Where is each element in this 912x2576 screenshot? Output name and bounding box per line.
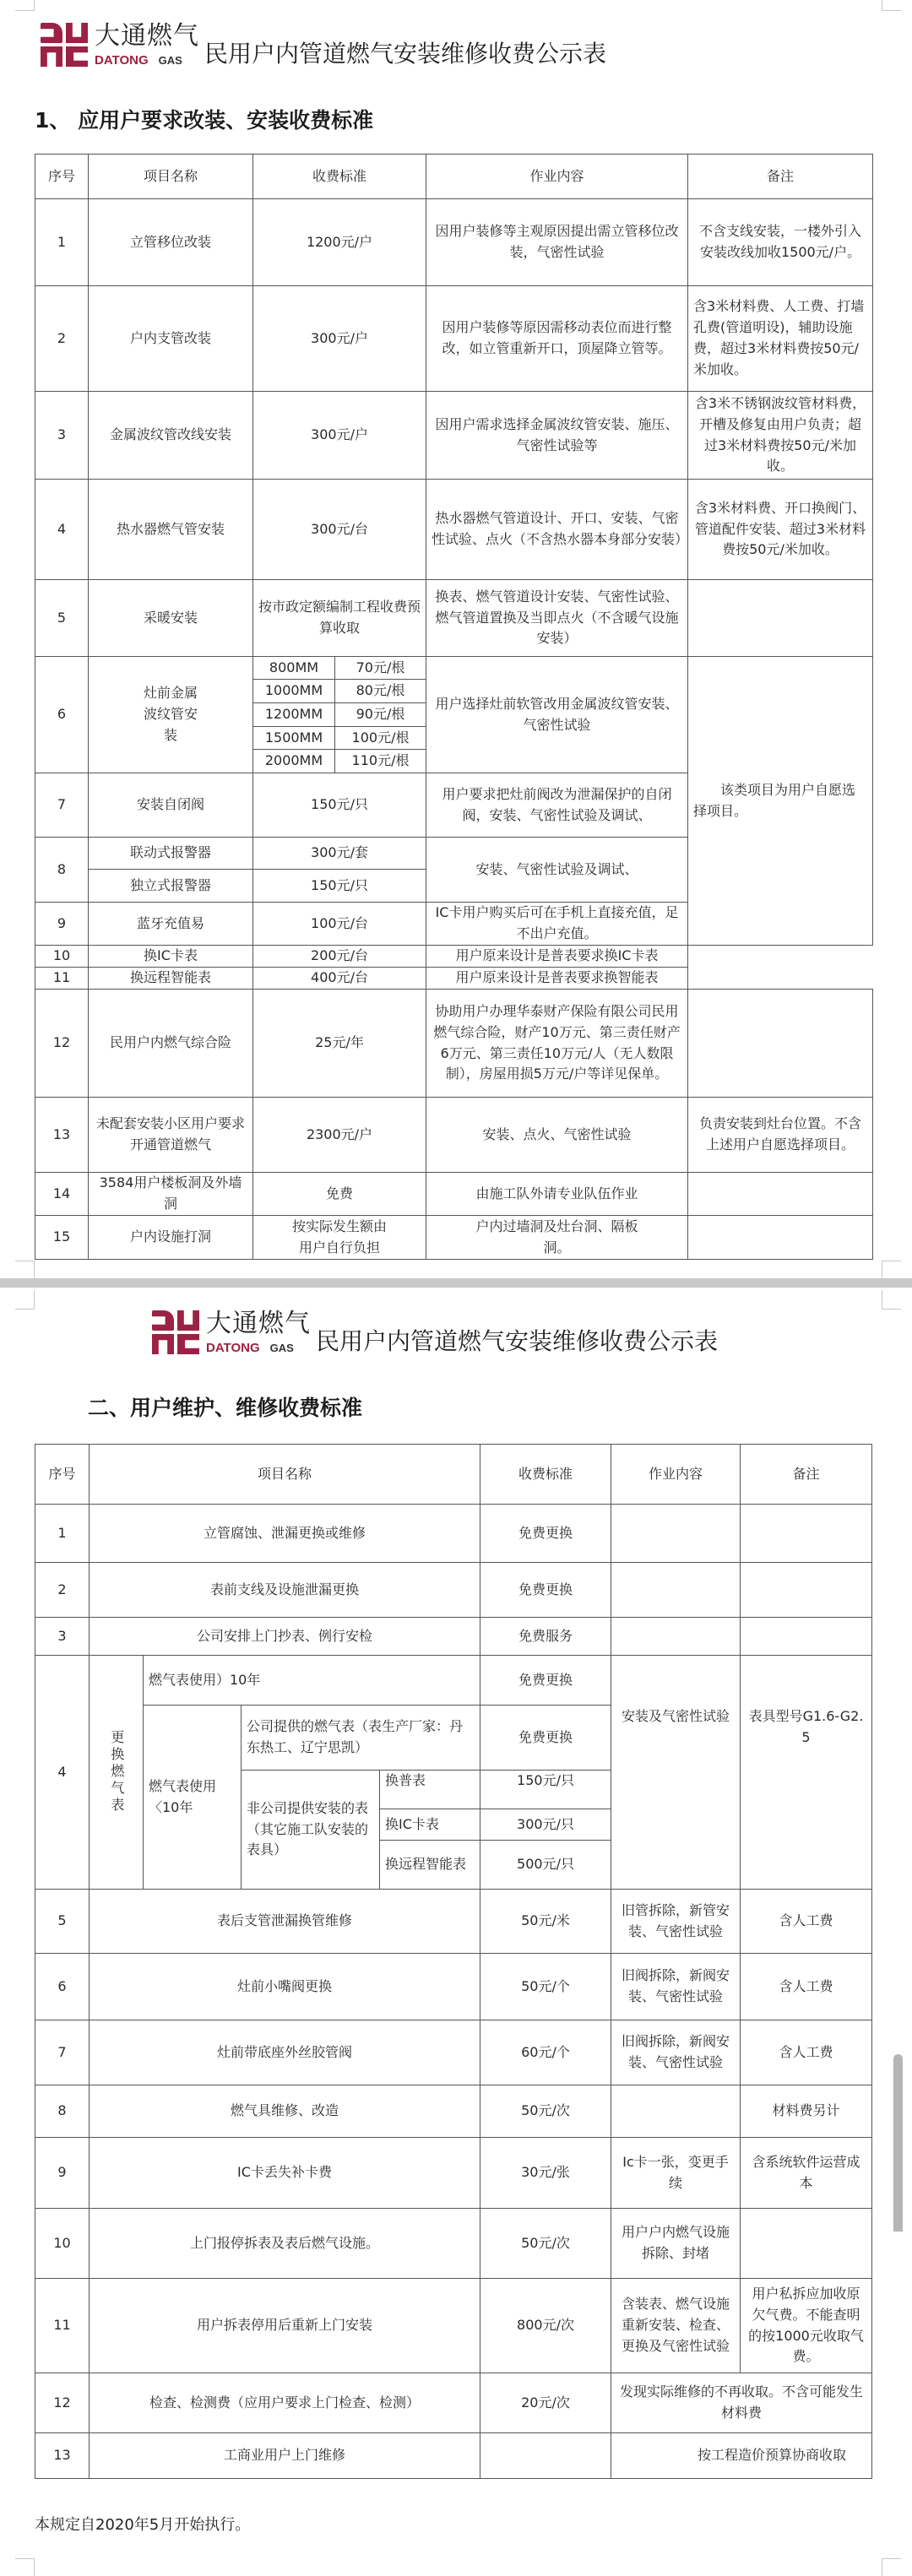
row-group-label: 更换燃气表	[90, 1656, 144, 1890]
table-row: 1 立管腐蚀、泄漏更换或维修 免费更换	[35, 1505, 872, 1563]
row-fee: 免费服务	[480, 1618, 611, 1656]
row-work: 旧管拆除，新管安装、气密性试验	[611, 1890, 741, 1954]
table-row: 1 立管移位改装 1200元/户 因用户装修等主观原因提出需立管移位改装，气密性…	[35, 199, 873, 286]
row-no: 15	[35, 1216, 89, 1260]
company-meter-fee: 免费更换	[480, 1706, 611, 1771]
brand-en: DATONGGAS	[95, 54, 199, 67]
size-price: 100元/根	[335, 727, 426, 750]
row-work: 热水器燃气管道设计、开口、安装、气密性试验、点火（不含热水器本身部分安装）	[426, 480, 688, 580]
brand-en-gas: GAS	[159, 54, 182, 67]
table-row: 4 热水器燃气管安装 300元/台 热水器燃气管道设计、开口、安装、气密性试验、…	[35, 480, 873, 580]
brand-name: 大通燃气 DATONGGAS	[95, 24, 199, 67]
row-work: 安装及气密性试验	[611, 1656, 741, 1890]
table-row: 11 换远程智能表 400元/台 用户原来设计是普表要求换智能表	[35, 968, 873, 990]
row-work: 因用户装修等主观原因提出需立管移位改装，气密性试验	[426, 199, 688, 286]
page-corner-mark	[15, 1290, 35, 1310]
row-fee: 60元/个	[480, 2020, 611, 2085]
row-name: 立管移位改装	[89, 199, 253, 286]
row-name: 换远程智能表	[89, 968, 253, 990]
row-name: 采暖安装	[89, 580, 253, 657]
table-row: 2 户内支管改装 300元/户 因用户装修等原因需移动表位而进行整改，如立管重新…	[35, 286, 873, 392]
brand-name: 大通燃气 DATONGGAS	[206, 1311, 311, 1354]
row-work: 用户户内燃气设施拆除、封堵	[611, 2209, 741, 2279]
document-header: 大通燃气 DATONGGAS 民用户内管道燃气安装维修收费公示表	[41, 23, 606, 67]
header-fee: 收费标准	[480, 1445, 611, 1505]
row-fee: 300元/户	[253, 392, 426, 480]
row-note: 含3米材料费、开口换阀门、管道配件安装、超过3米材料费按50元/米加收。	[688, 480, 873, 580]
row-name: 灶前带底座外丝胶管阀	[90, 2020, 480, 2085]
brand-cn: 大通燃气	[206, 1311, 311, 1337]
header-name: 项目名称	[90, 1445, 480, 1505]
size-price: 90元/根	[335, 703, 426, 727]
table-row: 6 灶前小嘴阀更换 50元/个 旧阀拆除，新阀安装、气密性试验 含人工费	[35, 1954, 872, 2020]
row-no: 5	[35, 1890, 90, 1954]
row-note: 含系统软件运营成本	[741, 2138, 872, 2209]
row-no: 13	[35, 2433, 90, 2479]
row-no: 14	[35, 1173, 89, 1216]
page-corner-mark	[882, 2558, 901, 2576]
row-work: 用户选择灶前软管改用金属波纹管安装、气密性试验	[426, 657, 688, 773]
row-name: 未配套安装小区用户要求开通管道燃气	[89, 1098, 253, 1173]
row-note	[741, 2209, 872, 2279]
row-note: 含3米不锈钢波纹管材料费，开槽及修复由用户负责；超过3米材料费按50元/米加收。	[688, 392, 873, 480]
row-fee: 20元/次	[480, 2373, 611, 2433]
table-row: 11 用户拆表停用后重新上门安装 800元/次 含装表、燃气设施重新安装、检查、…	[35, 2279, 872, 2373]
row-fee: 免费	[253, 1173, 426, 1216]
row-work: 安装、点火、气密性试验	[426, 1098, 688, 1173]
datong-gas-logo-icon	[152, 1310, 199, 1354]
table-row: 13 未配套安装小区用户要求开通管道燃气 2300元/户 安装、点火、气密性试验…	[35, 1098, 873, 1173]
effective-date-note: 本规定自2020年5月开始执行。	[35, 2513, 250, 2535]
size-price: 70元/根	[335, 657, 426, 680]
row-fee: 200元/台	[253, 946, 426, 968]
row-name: 上门报停拆表及表后燃气设施。	[90, 2209, 480, 2279]
row-name: 用户拆表停用后重新上门安装	[90, 2279, 480, 2373]
company-meter-label: 公司提供的燃气表（表生产厂家：丹东热工、辽宁思凯）	[242, 1706, 480, 1771]
row-work: 含装表、燃气设施重新安装、检查、更换及气密性试验	[611, 2279, 741, 2373]
row-note	[688, 1173, 873, 1216]
other-meter-label: 非公司提供安装的表（其它施工队安装的表具）	[242, 1771, 380, 1890]
row-fee: 按市政定额编制工程收费预算收取	[253, 580, 426, 657]
row-work: Ic卡一张，变更手续	[611, 2138, 741, 2209]
row-no: 1	[35, 1505, 90, 1563]
row-work: IC卡用户购买后可在手机上直接充值，足不出户充值。	[426, 903, 688, 946]
meter-over10-fee: 免费更换	[480, 1656, 611, 1706]
row-note: 含人工费	[741, 2020, 872, 2085]
datong-gas-logo-icon	[41, 23, 88, 67]
page-break	[0, 1278, 912, 1288]
brand-cn: 大通燃气	[95, 24, 199, 49]
table-header-row: 序号 项目名称 收费标准 作业内容 备注	[35, 1445, 872, 1505]
row-note-merged: 该类项目为用户自愿选择项目。	[688, 657, 873, 946]
size-label: 1000MM	[253, 680, 335, 703]
row-no: 6	[35, 1954, 90, 2020]
row-name: 3584用户楼板洞及外墙洞	[89, 1173, 253, 1216]
row-no: 6	[35, 657, 89, 773]
row-work: 用户原来设计是普表要求换智能表	[426, 968, 688, 990]
table-row: 10 换IC卡表 200元/台 用户原来设计是普表要求换IC卡表	[35, 946, 873, 968]
document-title: 民用户内管道燃气安装维修收费公示表	[316, 1330, 718, 1354]
page-corner-mark	[15, 1261, 35, 1280]
row-name: 换IC卡表	[89, 946, 253, 968]
row-fee: 1200元/户	[253, 199, 426, 286]
install-fee-table: 序号 项目名称 收费标准 作业内容 备注 1 立管移位改装 1200元/户 因用…	[35, 154, 873, 1260]
row-name: 灶前小嘴阀更换	[90, 1954, 480, 2020]
row-work: 因用户装修等原因需移动表位而进行整改，如立管重新开口，顶屋降立管等。	[426, 286, 688, 392]
size-price: 110元/根	[335, 750, 426, 773]
row-fee: 50元/个	[480, 1954, 611, 2020]
row-note: 表具型号G1.6-G2.5	[741, 1656, 872, 1890]
row-fee: 50元/次	[480, 2085, 611, 2138]
row-work: 旧阀拆除，新阀安装、气密性试验	[611, 1954, 741, 2020]
row-fee: 50元/米	[480, 1890, 611, 1954]
table-row: 5 表后支管泄漏换管维修 50元/米 旧管拆除，新管安装、气密性试验 含人工费	[35, 1890, 872, 1954]
row-name: 表后支管泄漏换管维修	[90, 1890, 480, 1954]
row-no: 1	[35, 199, 89, 286]
row-name: 燃气具维修、改造	[90, 2085, 480, 2138]
row-fee: 免费更换	[480, 1563, 611, 1618]
row-fee	[480, 2433, 611, 2479]
row-note: 不含支线安装，一楼外引入安装改线加收1500元/户。	[688, 199, 873, 286]
brand-en-gas: GAS	[270, 1342, 294, 1354]
row-fee: 300元/台	[253, 480, 426, 580]
row-name: 检查、检测费（应用户要求上门检查、检测）	[90, 2373, 480, 2433]
row-no: 2	[35, 286, 89, 392]
size-price: 80元/根	[335, 680, 426, 703]
row-name: 立管腐蚀、泄漏更换或维修	[90, 1505, 480, 1563]
table-header-row: 序号 项目名称 收费标准 作业内容 备注	[35, 155, 873, 199]
row-work	[611, 1505, 741, 1563]
header-name: 项目名称	[89, 155, 253, 199]
header-work: 作业内容	[426, 155, 688, 199]
brand-en: DATONGGAS	[206, 1342, 311, 1354]
size-label: 1200MM	[253, 703, 335, 727]
row-note: 负责安装到灶台位置。不含上述用户自愿选择项目。	[688, 1098, 873, 1173]
row-work: 因用户需求选择金属波纹管安装、施压、气密性试验等	[426, 392, 688, 480]
row-note	[741, 1563, 872, 1618]
brand-en-datong: DATONG	[95, 53, 149, 68]
size-label: 1500MM	[253, 727, 335, 750]
row-note	[688, 990, 873, 1098]
page-corner-mark	[882, 1261, 901, 1280]
header-fee: 收费标准	[253, 155, 426, 199]
row-no: 3	[35, 392, 89, 480]
row-name: IC卡丢失补卡费	[90, 2138, 480, 2209]
row-name: 独立式报警器	[89, 870, 253, 903]
row-work: 用户原来设计是普表要求换IC卡表	[426, 946, 688, 968]
row-no: 5	[35, 580, 89, 657]
row-fee: 800元/次	[480, 2279, 611, 2373]
row-name: 工商业用户上门维修	[90, 2433, 480, 2479]
row-note: 含人工费	[741, 1954, 872, 2020]
row-no: 7	[35, 773, 89, 838]
maintenance-fee-table: 序号 项目名称 收费标准 作业内容 备注 1 立管腐蚀、泄漏更换或维修 免费更换…	[35, 1444, 872, 2479]
row-name: 户内支管改装	[89, 286, 253, 392]
row-no: 10	[35, 946, 89, 968]
table-row: 12 民用户内燃气综合险 25元/年 协助用户办理华泰财产保险有限公司民用燃气综…	[35, 990, 873, 1098]
row-name: 民用户内燃气综合险	[89, 990, 253, 1098]
row-no: 8	[35, 838, 89, 903]
row-fee: 300元/户	[253, 286, 426, 392]
row-name: 灶前金属波纹管安装	[89, 657, 253, 773]
meter-type-fee: 150元/只	[480, 1771, 611, 1809]
row-note: 材料费另计	[741, 2085, 872, 2138]
table-row: 6 灶前金属波纹管安装 800MM 70元/根 用户选择灶前软管改用金属波纹管安…	[35, 657, 873, 680]
header-work: 作业内容	[611, 1445, 741, 1505]
page-corner-mark	[15, 2558, 35, 2576]
row-work: 由施工队外请专业队伍作业	[426, 1173, 688, 1216]
row-fee: 30元/张	[480, 2138, 611, 2209]
row-fee: 300元/套	[253, 838, 426, 870]
row-note: 含3米材料费、人工费、打墙孔费(管道明设)，辅助设施费，超过3米材料费按50元/…	[688, 286, 873, 392]
row-fee: 150元/只	[253, 773, 426, 838]
row-work-note: 发现实际维修的不再收取。不含可能发生材料费	[611, 2373, 872, 2433]
row-no: 10	[35, 2209, 90, 2279]
table-row: 5 采暖安装 按市政定额编制工程收费预算收取 换表、燃气管道设计安装、气密性试验…	[35, 580, 873, 657]
meter-type-label: 换普表	[380, 1771, 480, 1809]
size-label: 2000MM	[253, 750, 335, 773]
row-name: 蓝牙充值易	[89, 903, 253, 946]
row-no: 11	[35, 968, 89, 990]
section1-title: 1、 应用户要求改装、安装收费标准	[35, 104, 373, 134]
row-note: 含人工费	[741, 1890, 872, 1954]
table-row: 3 公司安排上门抄表、例行安检 免费服务	[35, 1618, 872, 1656]
row-name: 公司安排上门抄表、例行安检	[90, 1618, 480, 1656]
meter-type-fee: 500元/只	[480, 1841, 611, 1890]
row-no: 4	[35, 1656, 90, 1890]
row-name: 安装自闭阀	[89, 773, 253, 838]
header-note: 备注	[741, 1445, 872, 1505]
section2-title: 二、用户维护、维修收费标准	[88, 1391, 362, 1422]
row-fee: 25元/年	[253, 990, 426, 1098]
row-fee: 150元/只	[253, 870, 426, 903]
row-no: 7	[35, 2020, 90, 2085]
document-header-page2: 大通燃气 DATONGGAS 民用户内管道燃气安装维修收费公示表	[152, 1310, 718, 1354]
table-row: 13 工商业用户上门维修 按工程造价预算协商收取	[35, 2433, 872, 2479]
table-row: 4 更换燃气表 燃气表使用）10年 免费更换 安装及气密性试验 表具型号G1.6…	[35, 1656, 872, 1706]
table-row: 7 灶前带底座外丝胶管阀 60元/个 旧阀拆除，新阀安装、气密性试验 含人工费	[35, 2020, 872, 2085]
row-no: 9	[35, 903, 89, 946]
table-row: 2 表前支线及设施泄漏更换 免费更换	[35, 1563, 872, 1618]
meter-type-label: 换远程智能表	[380, 1841, 480, 1890]
row-no: 13	[35, 1098, 89, 1173]
row-name: 联动式报警器	[89, 838, 253, 870]
row-no: 12	[35, 990, 89, 1098]
page-corner-mark	[15, 0, 35, 11]
row-no: 3	[35, 1618, 90, 1656]
row-fee: 免费更换	[480, 1505, 611, 1563]
row-work: 用户要求把灶前阀改为泄漏保护的自闭阀，安装、气密性试验及调试、	[426, 773, 688, 838]
meter-under10-label: 燃气表使用〈10年	[144, 1706, 242, 1890]
row-work	[611, 1563, 741, 1618]
size-label: 800MM	[253, 657, 335, 680]
header-no: 序号	[35, 1445, 90, 1505]
table-row: 10 上门报停拆表及表后燃气设施。 50元/次 用户户内燃气设施拆除、封堵	[35, 2209, 872, 2279]
row-note	[688, 580, 873, 657]
row-no: 9	[35, 2138, 90, 2209]
page-corner-mark	[882, 0, 901, 11]
row-note	[741, 1505, 872, 1563]
row-work: 旧阀拆除，新阀安装、气密性试验	[611, 2020, 741, 2085]
row-work: 换表、燃气管道设计安装、气密性试验、燃气管道置换及当即点火（不含暖气设施安装）	[426, 580, 688, 657]
row-name: 表前支线及设施泄漏更换	[90, 1563, 480, 1618]
row-fee: 2300元/户	[253, 1098, 426, 1173]
table-row: 8 燃气具维修、改造 50元/次 材料费另计	[35, 2085, 872, 2138]
row-no: 12	[35, 2373, 90, 2433]
row-fee: 400元/台	[253, 968, 426, 990]
row-work-note: 按工程造价预算协商收取	[611, 2433, 872, 2479]
table-row: 12 检查、检测费（应用户要求上门检查、检测） 20元/次 发现实际维修的不再收…	[35, 2373, 872, 2433]
table-row: 9 IC卡丢失补卡费 30元/张 Ic卡一张，变更手续 含系统软件运营成本	[35, 2138, 872, 2209]
row-note	[688, 1216, 873, 1260]
row-note	[741, 1618, 872, 1656]
row-work	[611, 2085, 741, 2138]
row-no: 11	[35, 2279, 90, 2373]
vertical-scrollbar-thumb[interactable]	[893, 2054, 903, 2232]
row-no: 8	[35, 2085, 90, 2138]
meter-type-fee: 300元/只	[480, 1809, 611, 1841]
row-name: 户内设施打洞	[89, 1216, 253, 1260]
row-fee: 100元/台	[253, 903, 426, 946]
row-no: 4	[35, 480, 89, 580]
table-row: 14 3584用户楼板洞及外墙洞 免费 由施工队外请专业队伍作业	[35, 1173, 873, 1216]
row-work: 户内过墙洞及灶台洞、隔板洞。	[426, 1216, 688, 1260]
row-fee: 按实际发生额由用户自行负担	[253, 1216, 426, 1260]
row-no: 2	[35, 1563, 90, 1618]
meter-over10-label: 燃气表使用）10年	[144, 1656, 480, 1706]
row-note: 用户私拆应加收原欠气费。不能查明的按1000元收取气费。	[741, 2279, 872, 2373]
table-row: 15 户内设施打洞 按实际发生额由用户自行负担 户内过墙洞及灶台洞、隔板洞。	[35, 1216, 873, 1260]
brand-en-datong: DATONG	[206, 1341, 260, 1355]
row-fee: 50元/次	[480, 2209, 611, 2279]
row-name: 热水器燃气管安装	[89, 480, 253, 580]
header-no: 序号	[35, 155, 89, 199]
row-work: 安装、气密性试验及调试、	[426, 838, 688, 903]
page-corner-mark	[882, 1290, 901, 1310]
header-note: 备注	[688, 155, 873, 199]
row-name: 金属波纹管改线安装	[89, 392, 253, 480]
row-work	[611, 1618, 741, 1656]
row-work: 协助用户办理华泰财产保险有限公司民用燃气综合险，财产10万元、第三责任财产6万元…	[426, 990, 688, 1098]
document-title: 民用户内管道燃气安装维修收费公示表	[204, 42, 606, 67]
meter-type-label: 换IC卡表	[380, 1809, 480, 1841]
table-row: 3 金属波纹管改线安装 300元/户 因用户需求选择金属波纹管安装、施压、气密性…	[35, 392, 873, 480]
